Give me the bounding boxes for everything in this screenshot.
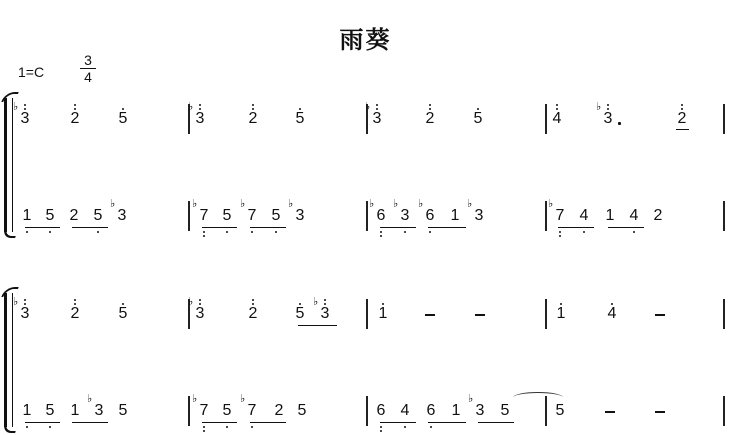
octave-down-dot	[203, 426, 205, 428]
flat-sign: ♭	[288, 197, 293, 210]
octave-down-dot	[429, 231, 431, 233]
octave-up-dot	[382, 303, 384, 305]
barline	[188, 396, 190, 426]
octave-up-dot	[122, 303, 124, 305]
octave-down-dot	[26, 426, 28, 428]
flat-sign: ♭	[548, 197, 553, 210]
note: 3	[399, 207, 411, 225]
octave-down-dot	[559, 231, 561, 233]
note: 5	[44, 402, 56, 420]
barline	[188, 201, 190, 231]
beam-underline	[428, 422, 466, 423]
note: 5	[499, 402, 511, 420]
beam-underline	[558, 227, 594, 228]
note: 4	[628, 207, 640, 225]
note: 2	[273, 402, 285, 420]
beam-underline	[380, 227, 416, 228]
octave-up-dot	[560, 303, 562, 305]
note: 3	[116, 207, 128, 225]
octave-up-dot	[429, 108, 431, 110]
octave-up-dot	[252, 108, 254, 110]
octave-down-dot	[404, 231, 406, 233]
octave-up-dot	[607, 104, 609, 106]
note: 3	[602, 110, 614, 128]
note: 3	[319, 305, 331, 323]
note: 7	[554, 207, 566, 225]
sustain-dash	[475, 314, 485, 316]
octave-up-dot	[376, 108, 378, 110]
note: 1	[377, 305, 389, 323]
song-title: 雨葵	[0, 20, 731, 55]
note: 2	[676, 110, 688, 128]
octave-up-dot	[681, 104, 683, 106]
note: 2	[69, 305, 81, 323]
beam-underline	[250, 422, 286, 423]
barline	[723, 201, 725, 231]
note: 3	[371, 110, 383, 128]
note: 5	[44, 207, 56, 225]
note: 1	[450, 402, 462, 420]
octave-down-dot	[251, 426, 253, 428]
note: 3	[19, 305, 31, 323]
octave-down-dot	[97, 231, 99, 233]
barline	[545, 104, 547, 134]
beam-underline	[72, 422, 108, 423]
note: 2	[247, 110, 259, 128]
underline	[676, 129, 689, 130]
octave-up-dot	[24, 108, 26, 110]
octave-down-dot	[203, 231, 205, 233]
note: 7	[198, 207, 210, 225]
beam-underline	[478, 422, 514, 423]
flat-sign: ♭	[369, 197, 374, 210]
octave-down-dot	[559, 235, 561, 237]
barline	[723, 299, 725, 329]
flat-sign: ♭	[313, 295, 318, 308]
beam-underline	[202, 422, 237, 423]
octave-up-dot	[74, 104, 76, 106]
note: 5	[117, 402, 129, 420]
octave-down-dot	[49, 231, 51, 233]
octave-up-dot	[252, 303, 254, 305]
octave-up-dot	[324, 299, 326, 301]
note: 5	[294, 305, 306, 323]
octave-down-dot	[633, 231, 635, 233]
octave-down-dot	[380, 426, 382, 428]
note: 5	[92, 207, 104, 225]
note: 3	[194, 305, 206, 323]
octave-down-dot	[380, 430, 382, 432]
octave-down-dot	[203, 235, 205, 237]
system-bracket	[4, 98, 13, 232]
octave-up-dot	[74, 299, 76, 301]
flat-sign: ♭	[13, 100, 18, 113]
note: 5	[221, 402, 233, 420]
sustain-dash	[605, 411, 615, 413]
note: 7	[246, 207, 258, 225]
octave-down-dot	[404, 426, 406, 428]
beam-underline	[25, 227, 60, 228]
barline	[366, 299, 368, 329]
octave-up-dot	[681, 108, 683, 110]
octave-down-dot	[380, 235, 382, 237]
beam-underline	[250, 227, 286, 228]
note: 5	[554, 402, 566, 420]
flat-sign: ♭	[13, 295, 18, 308]
octave-up-dot	[199, 108, 201, 110]
beam-underline	[298, 325, 337, 326]
beam-underline	[72, 227, 108, 228]
note: 2	[424, 110, 436, 128]
note: 4	[578, 207, 590, 225]
octave-up-dot	[607, 108, 609, 110]
barline	[366, 396, 368, 426]
sustain-dash	[425, 314, 435, 316]
octave-up-dot	[24, 299, 26, 301]
note: 5	[294, 110, 306, 128]
note: 3	[474, 402, 486, 420]
octave-down-dot	[226, 426, 228, 428]
system-bracket	[4, 293, 13, 427]
note: 3	[294, 207, 306, 225]
octave-up-dot	[122, 108, 124, 110]
time-signature-numerator: 3	[80, 52, 96, 69]
note: 2	[68, 207, 80, 225]
barline	[545, 201, 547, 231]
barline	[723, 396, 725, 426]
note: 4	[399, 402, 411, 420]
note: 2	[69, 110, 81, 128]
barline	[723, 104, 725, 134]
beam-underline	[428, 227, 466, 228]
octave-down-dot	[49, 426, 51, 428]
octave-up-dot	[252, 299, 254, 301]
octave-up-dot	[252, 104, 254, 106]
note: 1	[21, 402, 33, 420]
octave-up-dot	[199, 303, 201, 305]
note: 3	[93, 402, 105, 420]
beam-underline	[608, 227, 644, 228]
note: 7	[246, 402, 258, 420]
note: 6	[425, 402, 437, 420]
octave-down-dot	[583, 231, 585, 233]
key-signature: 1=C	[18, 64, 44, 80]
octave-down-dot	[275, 231, 277, 233]
note: 3	[19, 110, 31, 128]
flat-sign: ♭	[418, 197, 423, 210]
note: 1	[449, 207, 461, 225]
beam-underline	[25, 422, 60, 423]
sustain-dash	[655, 411, 665, 413]
note: 3	[194, 110, 206, 128]
octave-up-dot	[24, 303, 26, 305]
note: 5	[117, 305, 129, 323]
flat-sign: ♭	[596, 100, 601, 113]
flat-sign: ♭	[240, 197, 245, 210]
octave-up-dot	[199, 104, 201, 106]
flat-sign: ♭	[393, 197, 398, 210]
note: 3	[473, 207, 485, 225]
flat-sign: ♭	[468, 392, 473, 405]
note: 5	[221, 207, 233, 225]
note: 4	[606, 305, 618, 323]
note: 5	[296, 402, 308, 420]
time-signature: 3 4	[80, 52, 96, 85]
octave-up-dot	[74, 108, 76, 110]
flat-sign: ♭	[110, 197, 115, 210]
octave-up-dot	[376, 104, 378, 106]
flat-sign: ♭	[188, 100, 193, 113]
flat-sign: ♭	[188, 295, 193, 308]
octave-down-dot	[203, 430, 205, 432]
octave-down-dot	[430, 426, 432, 428]
octave-down-dot	[251, 231, 253, 233]
octave-up-dot	[199, 299, 201, 301]
note: 1	[21, 207, 33, 225]
note: 5	[270, 207, 282, 225]
note: 2	[247, 305, 259, 323]
octave-down-dot	[26, 231, 28, 233]
octave-down-dot	[226, 231, 228, 233]
octave-up-dot	[299, 303, 301, 305]
note: 7	[198, 402, 210, 420]
tie-arc	[513, 392, 563, 403]
sustain-dash	[655, 314, 665, 316]
flat-sign: ♭	[240, 392, 245, 405]
flat-sign: ♭	[87, 392, 92, 405]
note: 6	[424, 207, 436, 225]
note: 6	[375, 207, 387, 225]
note: 2	[652, 207, 664, 225]
barline	[545, 299, 547, 329]
note: 1	[555, 305, 567, 323]
octave-up-dot	[477, 108, 479, 110]
augmentation-dot	[618, 122, 621, 125]
note: 5	[117, 110, 129, 128]
octave-up-dot	[324, 303, 326, 305]
note: 4	[551, 110, 563, 128]
note: 1	[604, 207, 616, 225]
octave-up-dot	[611, 303, 613, 305]
octave-up-dot	[74, 303, 76, 305]
flat-sign: ♭	[192, 197, 197, 210]
flat-sign: ♭	[467, 197, 472, 210]
note: 5	[472, 110, 484, 128]
octave-down-dot	[380, 231, 382, 233]
octave-up-dot	[556, 104, 558, 106]
note: 6	[375, 402, 387, 420]
note: 1	[69, 402, 81, 420]
octave-up-dot	[556, 108, 558, 110]
octave-up-dot	[24, 104, 26, 106]
octave-up-dot	[299, 108, 301, 110]
beam-underline	[380, 422, 416, 423]
time-signature-denominator: 4	[80, 69, 96, 85]
flat-sign: ♭	[365, 100, 370, 113]
barline	[366, 201, 368, 231]
flat-sign: ♭	[192, 392, 197, 405]
octave-up-dot	[429, 104, 431, 106]
beam-underline	[202, 227, 237, 228]
